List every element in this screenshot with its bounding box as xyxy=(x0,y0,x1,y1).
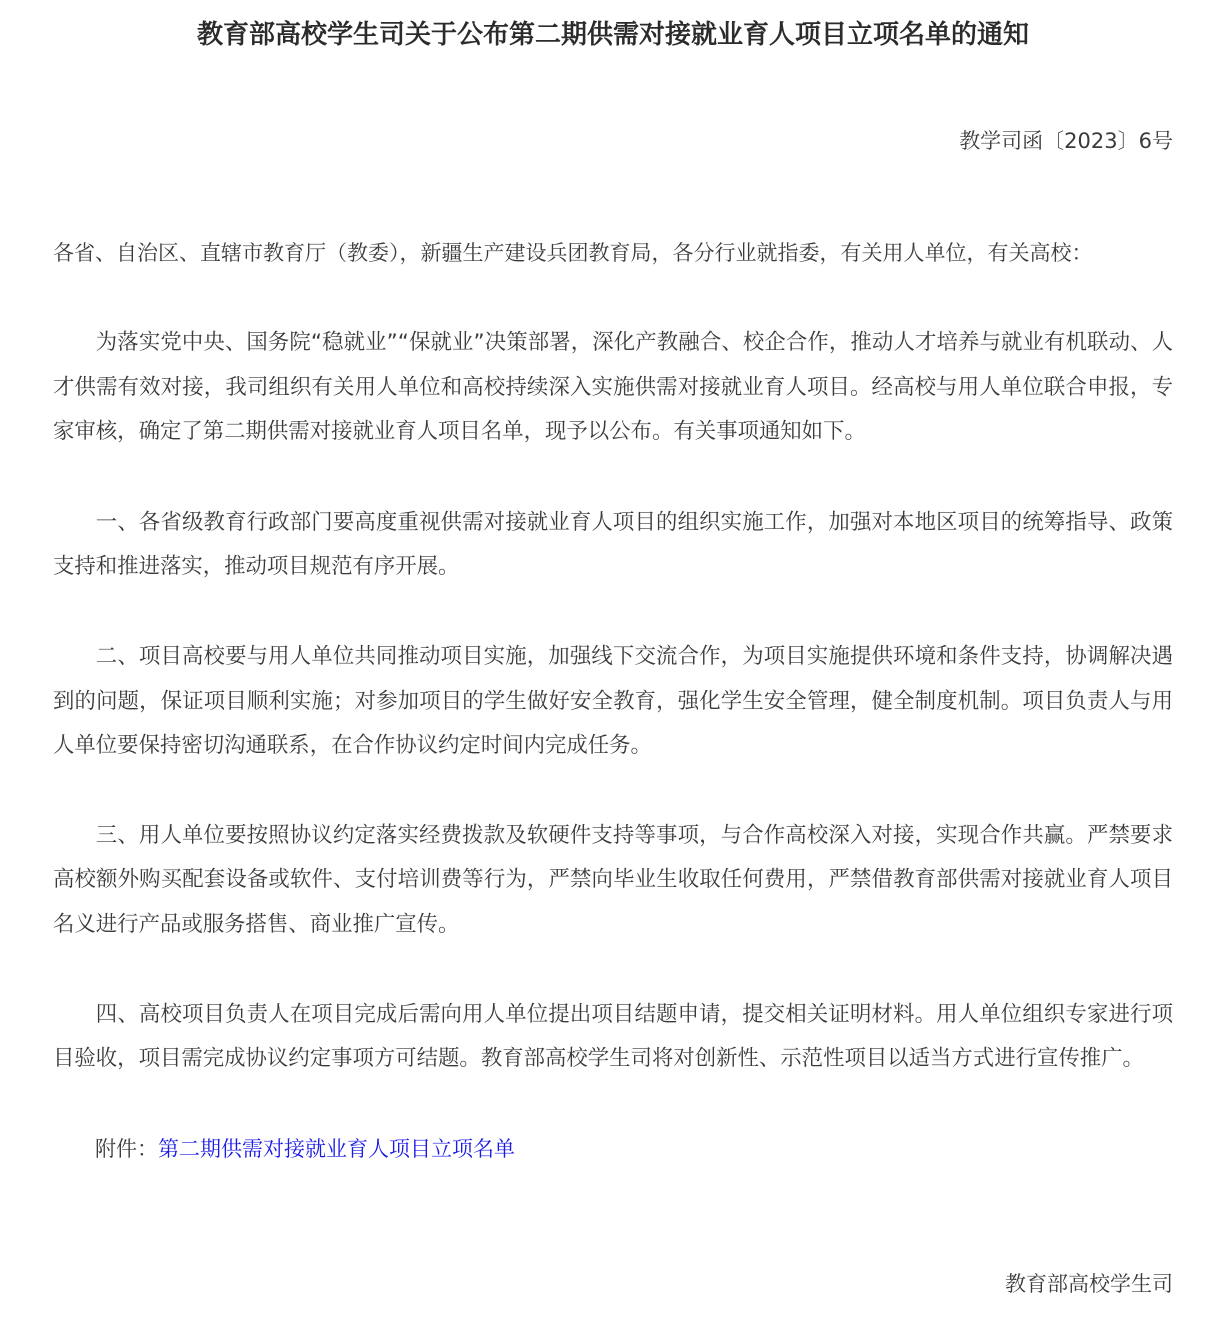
page-title: 教育部高校学生司关于公布第二期供需对接就业育人项目立项名单的通知 xyxy=(53,0,1173,55)
item-one-paragraph: 一、各省级教育行政部门要高度重视供需对接就业育人项目的组织实施工作，加强对本地区… xyxy=(53,501,1173,590)
signature: 教育部高校学生司 xyxy=(1005,1262,1173,1306)
item-three-paragraph: 三、用人单位要按照协议约定落实经费拨款及软硬件支持等事项，与合作高校深入对接，实… xyxy=(53,814,1173,948)
item-four-paragraph: 四、高校项目负责人在项目完成后需向用人单位提出项目结题申请，提交相关证明材料。用… xyxy=(53,993,1173,1082)
attachment-label: 附件： xyxy=(95,1137,158,1161)
attachment-line: 附件：第二期供需对接就业育人项目立项名单 xyxy=(53,1127,1173,1171)
intro-paragraph: 为落实党中央、国务院“稳就业”“保就业”决策部署，深化产教融合、校企合作，推动人… xyxy=(53,321,1173,455)
attachment-link[interactable]: 第二期供需对接就业育人项目立项名单 xyxy=(158,1137,515,1161)
salutation: 各省、自治区、直辖市教育厅（教委），新疆生产建设兵团教育局，各分行业就指委，有关… xyxy=(53,233,1173,273)
item-two-paragraph: 二、项目高校要与用人单位共同推动项目实施，加强线下交流合作，为项目实施提供环境和… xyxy=(53,635,1173,769)
document-number: 教学司函〔2023〕6号 xyxy=(53,121,1173,161)
notice-document: 教育部高校学生司关于公布第二期供需对接就业育人项目立项名单的通知 教学司函〔20… xyxy=(53,0,1173,1171)
